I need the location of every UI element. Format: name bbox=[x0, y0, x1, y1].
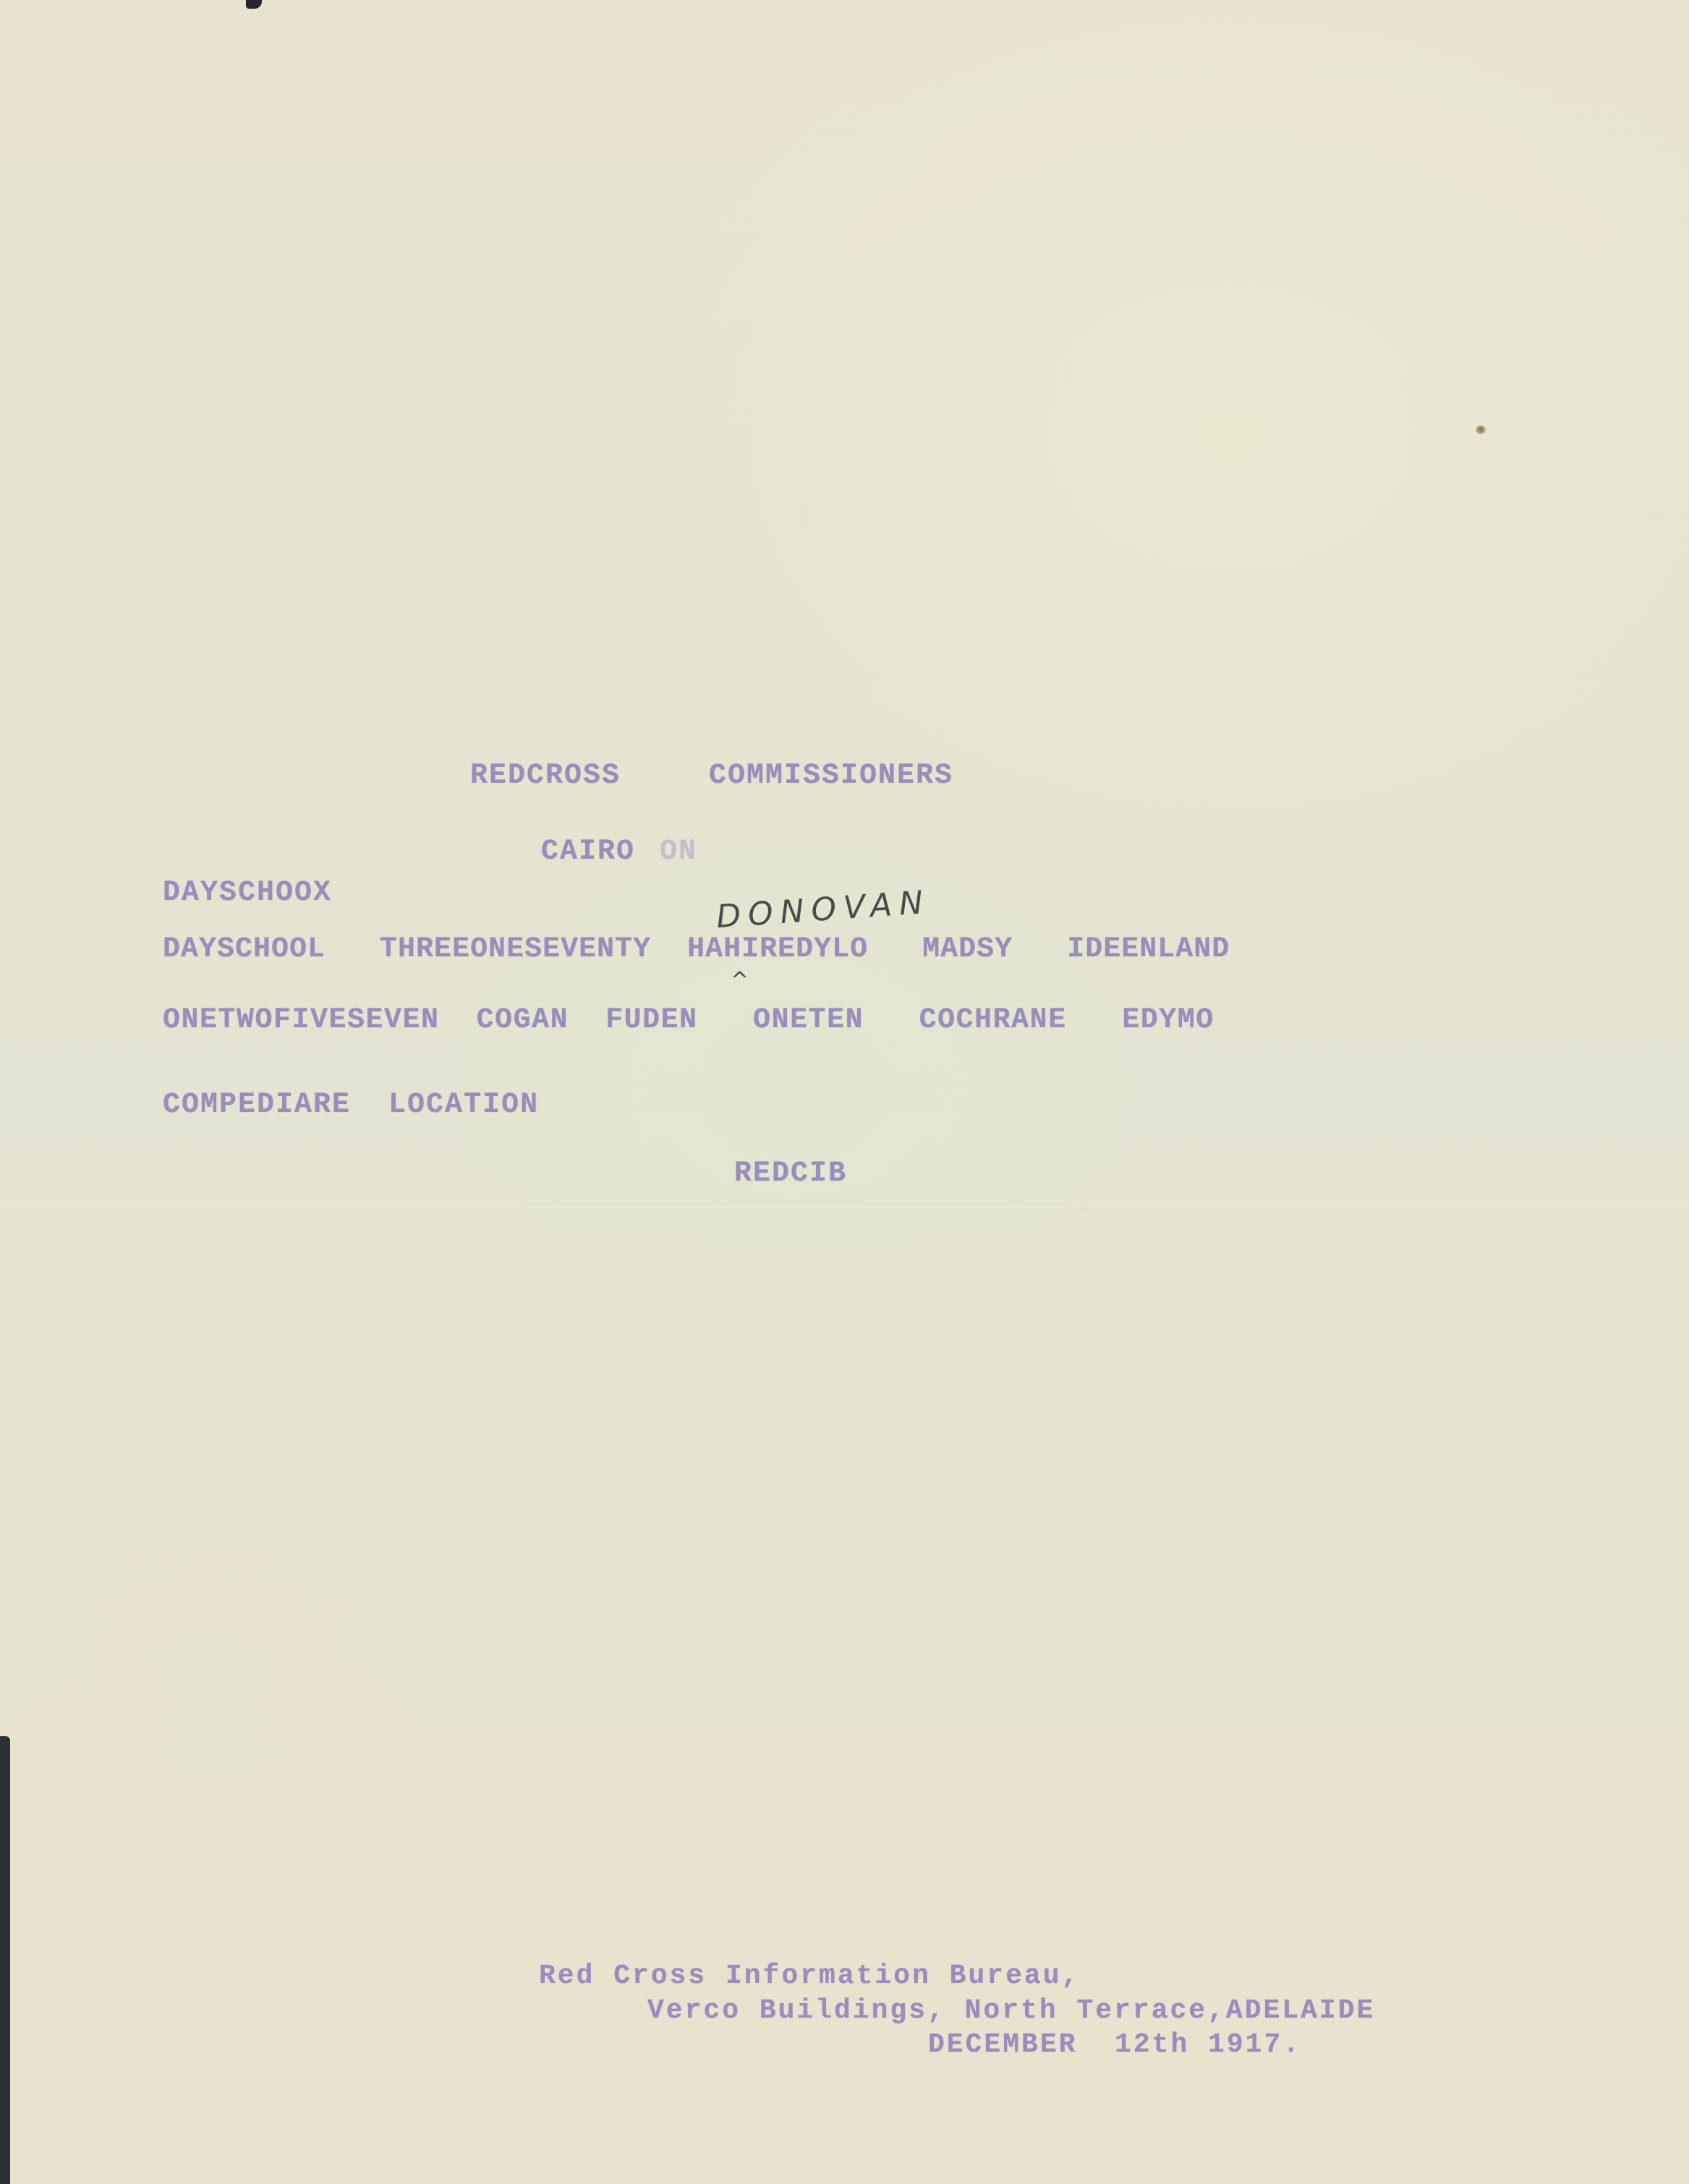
body-line-2: DAYSCHOOL THREEONESEVENTY HAHIREDYLO MAD… bbox=[163, 933, 1230, 966]
insertion-caret: ^ bbox=[731, 968, 749, 993]
paper-fold-line bbox=[0, 1207, 1689, 1210]
body-line-3: ONETWOFIVESEVEN COGAN FUDEN ONETEN COCHR… bbox=[163, 1004, 1214, 1037]
paper-stain-spot bbox=[1476, 425, 1486, 434]
signoff-redcib: REDCIB bbox=[734, 1157, 847, 1190]
scan-edge-shadow bbox=[0, 1736, 10, 2184]
footer-line-3: DECEMBER 12th 1917. bbox=[928, 2029, 1301, 2060]
header-redcross: REDCROSS bbox=[470, 760, 621, 792]
footer-line-1: Red Cross Information Bureau, bbox=[539, 1960, 1080, 1992]
header-cairo: CAIRO bbox=[541, 836, 635, 868]
body-line-4: COMPEDIARE LOCATION bbox=[163, 1089, 539, 1121]
header-on-faint: ON bbox=[660, 836, 697, 868]
header-commissioners: COMMISSIONERS bbox=[709, 760, 953, 792]
body-line-1: DAYSCHOOX bbox=[163, 877, 332, 909]
footer-line-2: Verco Buildings, North Terrace,ADELAIDE bbox=[647, 1995, 1375, 2026]
